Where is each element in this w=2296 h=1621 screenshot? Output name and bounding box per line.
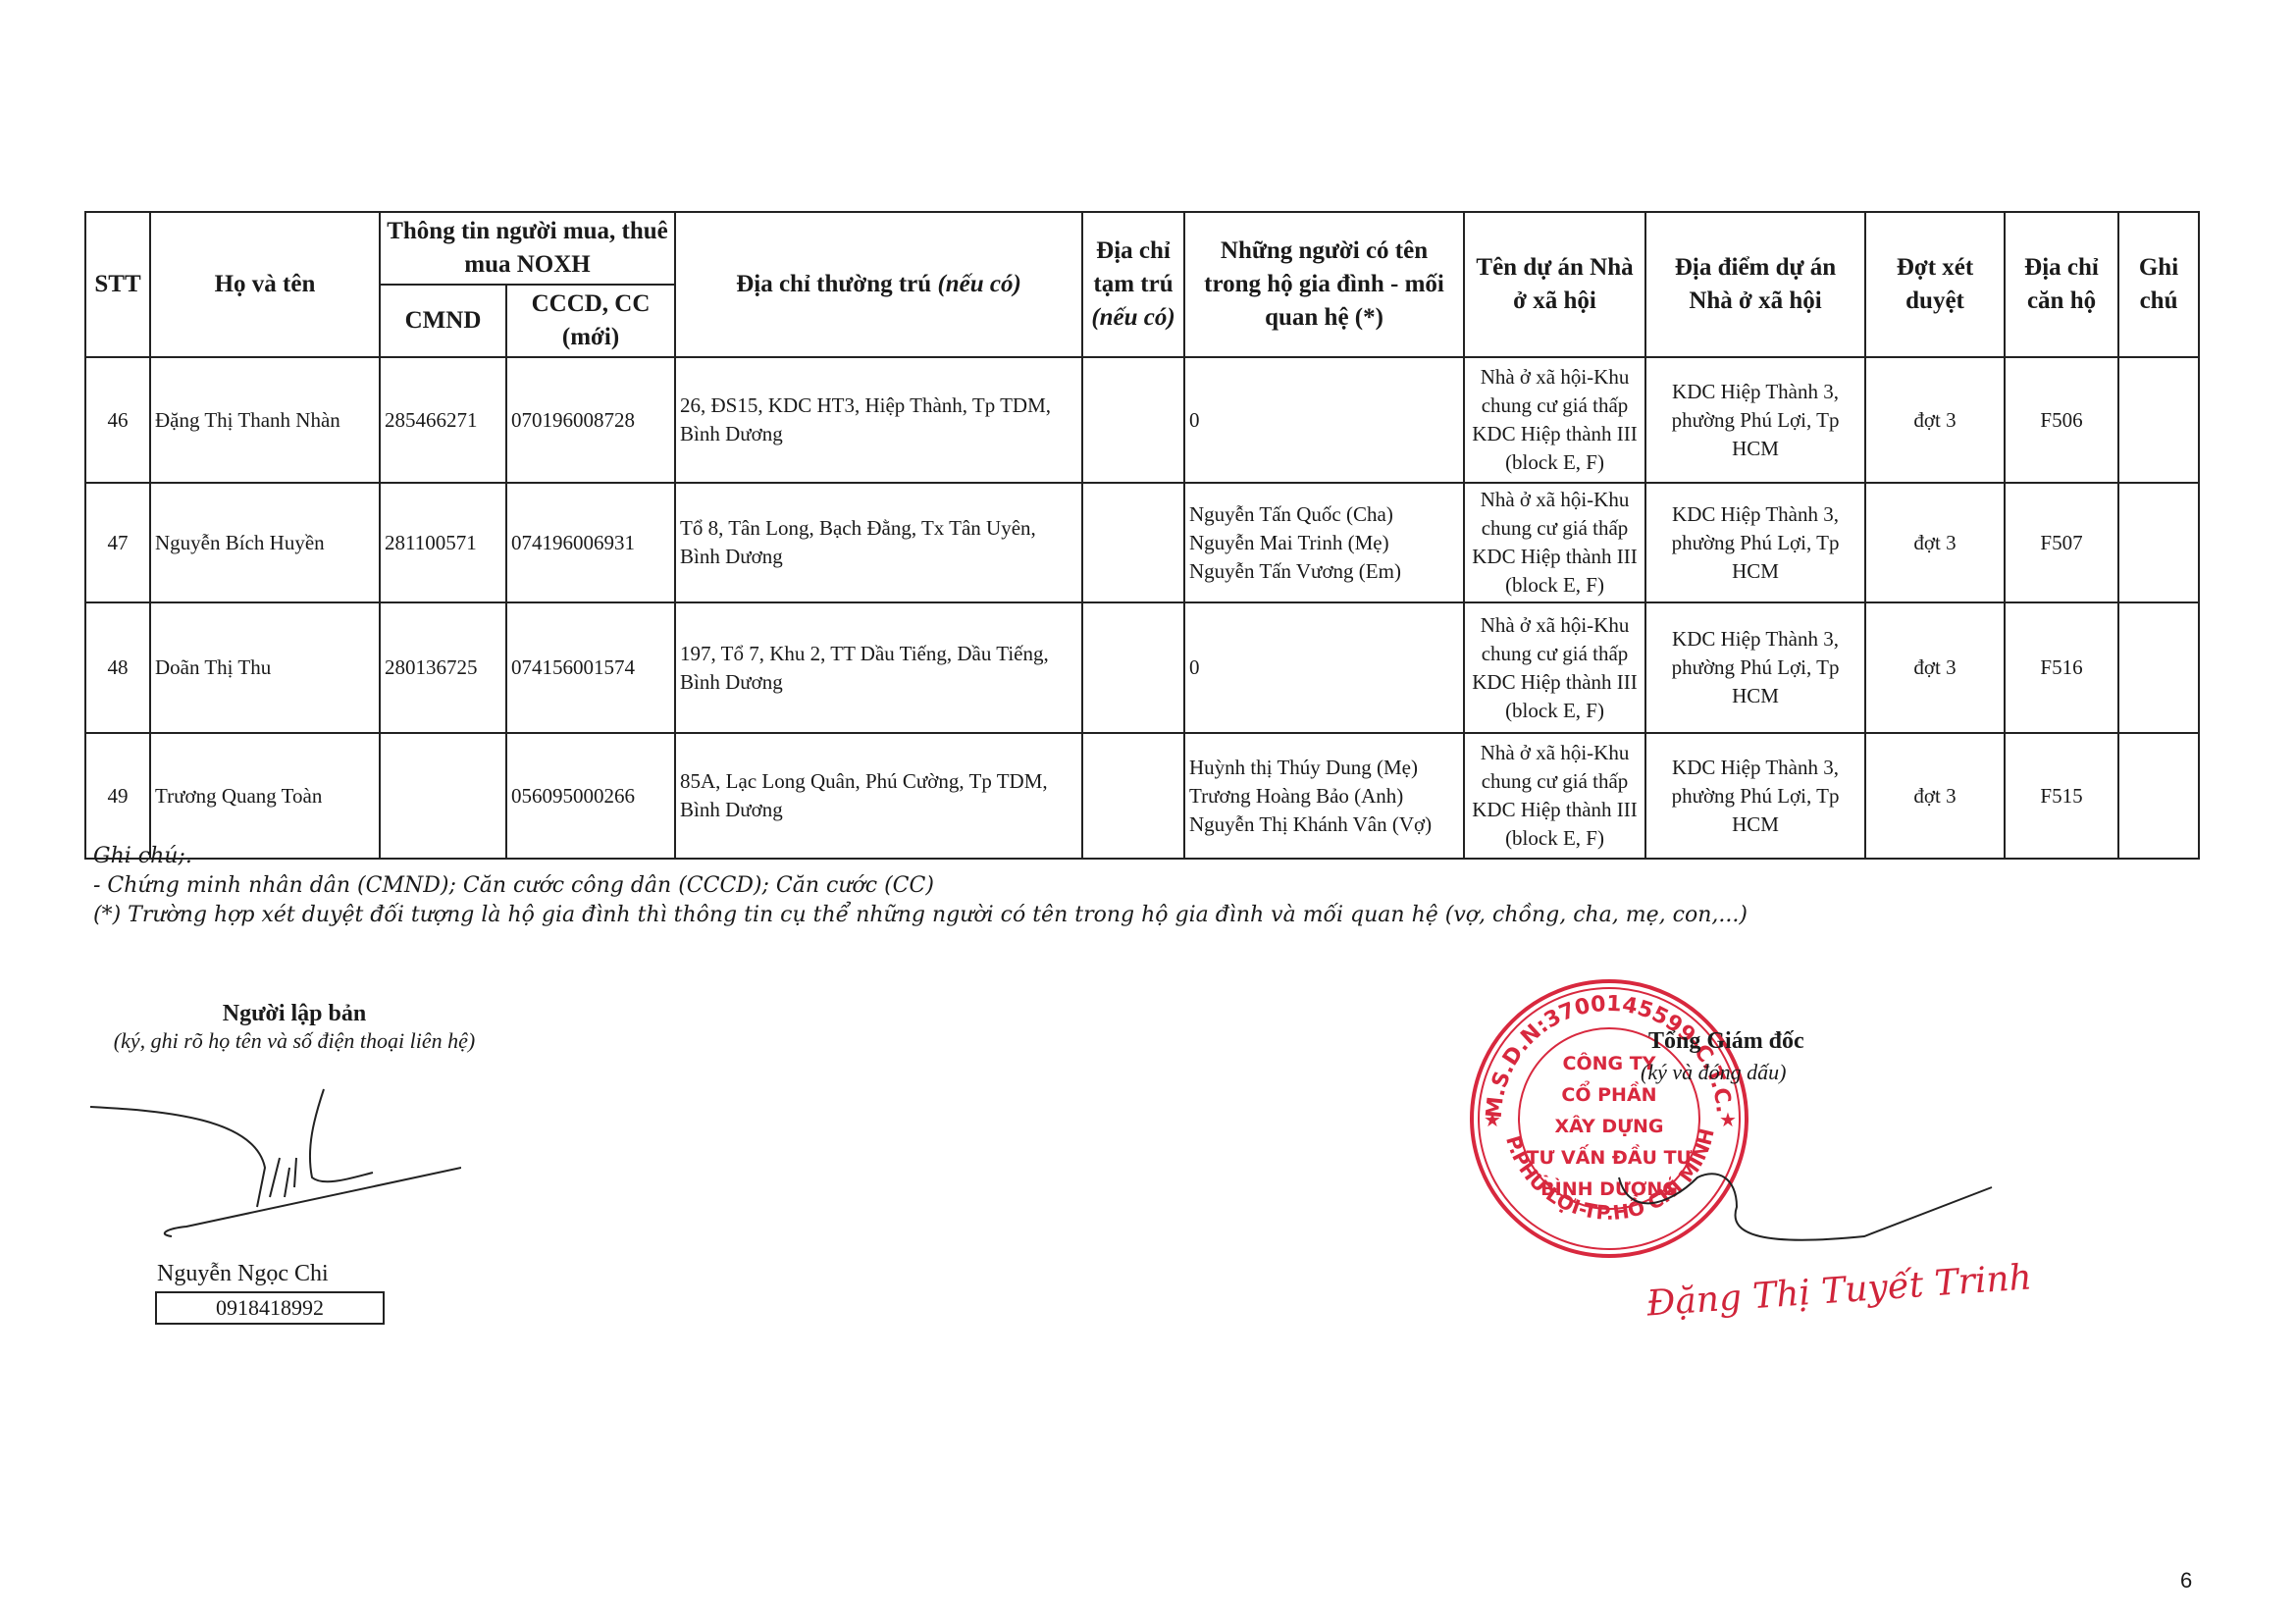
table-row: 47Nguyễn Bích Huyền281100571074196006931…	[85, 483, 2199, 602]
row-project-location: KDC Hiệp Thành 3, phường Phú Lợi, Tp HCM	[1645, 733, 1865, 859]
row-cmnd: 281100571	[380, 483, 506, 602]
row-project-name: Nhà ở xã hội-Khu chung cư giá thấp KDC H…	[1464, 483, 1645, 602]
row-temp-address	[1082, 483, 1184, 602]
row-project-name: Nhà ở xã hội-Khu chung cư giá thấp KDC H…	[1464, 733, 1645, 859]
row-stt: 49	[85, 733, 150, 859]
row-permanent-address: 85A, Lạc Long Quân, Phú Cường, Tp TDM, B…	[675, 733, 1082, 859]
row-stt: 46	[85, 357, 150, 483]
row-batch: đợt 3	[1865, 733, 2005, 859]
row-stt: 47	[85, 483, 150, 602]
notes-line-1: - Chứng minh nhân dân (CMND); Căn cước c…	[93, 871, 1748, 901]
row-note	[2118, 483, 2199, 602]
preparer-title: Người lập bản	[88, 1001, 500, 1027]
preparer-signature	[88, 1060, 461, 1256]
svg-text:XÂY DỰNG: XÂY DỰNG	[1554, 1115, 1663, 1137]
header-temp-address: Địa chỉ tạm trú(nếu có)	[1082, 212, 1184, 357]
header-cccd: CCCD, CC (mới)	[506, 285, 675, 357]
row-project-location: KDC Hiệp Thành 3, phường Phú Lợi, Tp HCM	[1645, 602, 1865, 733]
row-apartment: F516	[2005, 602, 2118, 733]
director-name: Đặng Thị Tuyết Trinh	[1645, 1257, 2033, 1324]
row-project-location: KDC Hiệp Thành 3, phường Phú Lợi, Tp HCM	[1645, 483, 1865, 602]
notes-line-2: (*) Trường hợp xét duyệt đối tượng là hộ…	[93, 901, 1748, 930]
header-note: Ghi chú	[2118, 212, 2199, 357]
table-row: 49Trương Quang Toàn05609500026685A, Lạc …	[85, 733, 2199, 859]
table-row: 48Doãn Thị Thu280136725074156001574197, …	[85, 602, 2199, 733]
director-instruction: (ký và đóng dấu)	[1641, 1060, 1786, 1085]
row-batch: đợt 3	[1865, 483, 2005, 602]
row-batch: đợt 3	[1865, 602, 2005, 733]
row-project-name: Nhà ở xã hội-Khu chung cư giá thấp KDC H…	[1464, 357, 1645, 483]
row-apartment: F515	[2005, 733, 2118, 859]
row-cmnd: 280136725	[380, 602, 506, 733]
row-batch: đợt 3	[1865, 357, 2005, 483]
header-name: Họ và tên	[150, 212, 380, 357]
notes-section: Ghi chú;. - Chứng minh nhân dân (CMND); …	[93, 842, 1748, 930]
preparer-phone: 0918418992	[155, 1291, 385, 1325]
row-cmnd	[380, 733, 506, 859]
row-cmnd: 285466271	[380, 357, 506, 483]
row-cccd: 056095000266	[506, 733, 675, 859]
row-temp-address	[1082, 733, 1184, 859]
notes-title: Ghi chú;.	[93, 842, 1748, 871]
svg-text:★: ★	[1484, 1110, 1501, 1131]
svg-text:★: ★	[1719, 1110, 1737, 1131]
header-project-name: Tên dự án Nhà ở xã hội	[1464, 212, 1645, 357]
row-temp-address	[1082, 602, 1184, 733]
row-household: Huỳnh thị Thúy Dung (Mẹ) Trương Hoàng Bả…	[1184, 733, 1464, 859]
row-apartment: F507	[2005, 483, 2118, 602]
director-signature	[1609, 1148, 2002, 1256]
header-apartment: Địa chỉ căn hộ	[2005, 212, 2118, 357]
applicant-table: STT Họ và tên Thông tin người mua, thuê …	[84, 211, 2200, 860]
row-note	[2118, 357, 2199, 483]
row-cccd: 070196008728	[506, 357, 675, 483]
header-household: Những người có tên trong hộ gia đình - m…	[1184, 212, 1464, 357]
preparer-block: Người lập bản (ký, ghi rõ họ tên và số đ…	[88, 1001, 500, 1055]
preparer-instruction: (ký, ghi rõ họ tên và số điện thoại liên…	[88, 1027, 500, 1055]
header-cmnd: CMND	[380, 285, 506, 357]
row-name: Doãn Thị Thu	[150, 602, 380, 733]
row-project-location: KDC Hiệp Thành 3, phường Phú Lợi, Tp HCM	[1645, 357, 1865, 483]
row-household: 0	[1184, 602, 1464, 733]
header-project-location: Địa điểm dự án Nhà ở xã hội	[1645, 212, 1865, 357]
row-apartment: F506	[2005, 357, 2118, 483]
row-household: Nguyễn Tấn Quốc (Cha) Nguyễn Mai Trinh (…	[1184, 483, 1464, 602]
preparer-name: Nguyễn Ngọc Chi	[157, 1261, 329, 1287]
row-note	[2118, 602, 2199, 733]
row-name: Đặng Thị Thanh Nhàn	[150, 357, 380, 483]
row-household: 0	[1184, 357, 1464, 483]
row-note	[2118, 733, 2199, 859]
row-permanent-address: Tổ 8, Tân Long, Bạch Đằng, Tx Tân Uyên, …	[675, 483, 1082, 602]
row-cccd: 074196006931	[506, 483, 675, 602]
row-permanent-address: 197, Tổ 7, Khu 2, TT Dầu Tiếng, Dầu Tiến…	[675, 602, 1082, 733]
row-project-name: Nhà ở xã hội-Khu chung cư giá thấp KDC H…	[1464, 602, 1645, 733]
header-batch: Đợt xét duyệt	[1865, 212, 2005, 357]
row-temp-address	[1082, 357, 1184, 483]
row-permanent-address: 26, ĐS15, KDC HT3, Hiệp Thành, Tp TDM, B…	[675, 357, 1082, 483]
header-permanent-address: Địa chỉ thường trú (nếu có)	[675, 212, 1082, 357]
header-buyer-info: Thông tin người mua, thuê mua NOXH	[380, 212, 675, 285]
director-title: Tổng Giám đốc	[1648, 1028, 1804, 1055]
row-name: Trương Quang Toàn	[150, 733, 380, 859]
row-name: Nguyễn Bích Huyền	[150, 483, 380, 602]
page-number: 6	[2180, 1568, 2192, 1594]
row-cccd: 074156001574	[506, 602, 675, 733]
row-stt: 48	[85, 602, 150, 733]
header-stt: STT	[85, 212, 150, 357]
table-row: 46Đặng Thị Thanh Nhàn2854662710701960087…	[85, 357, 2199, 483]
